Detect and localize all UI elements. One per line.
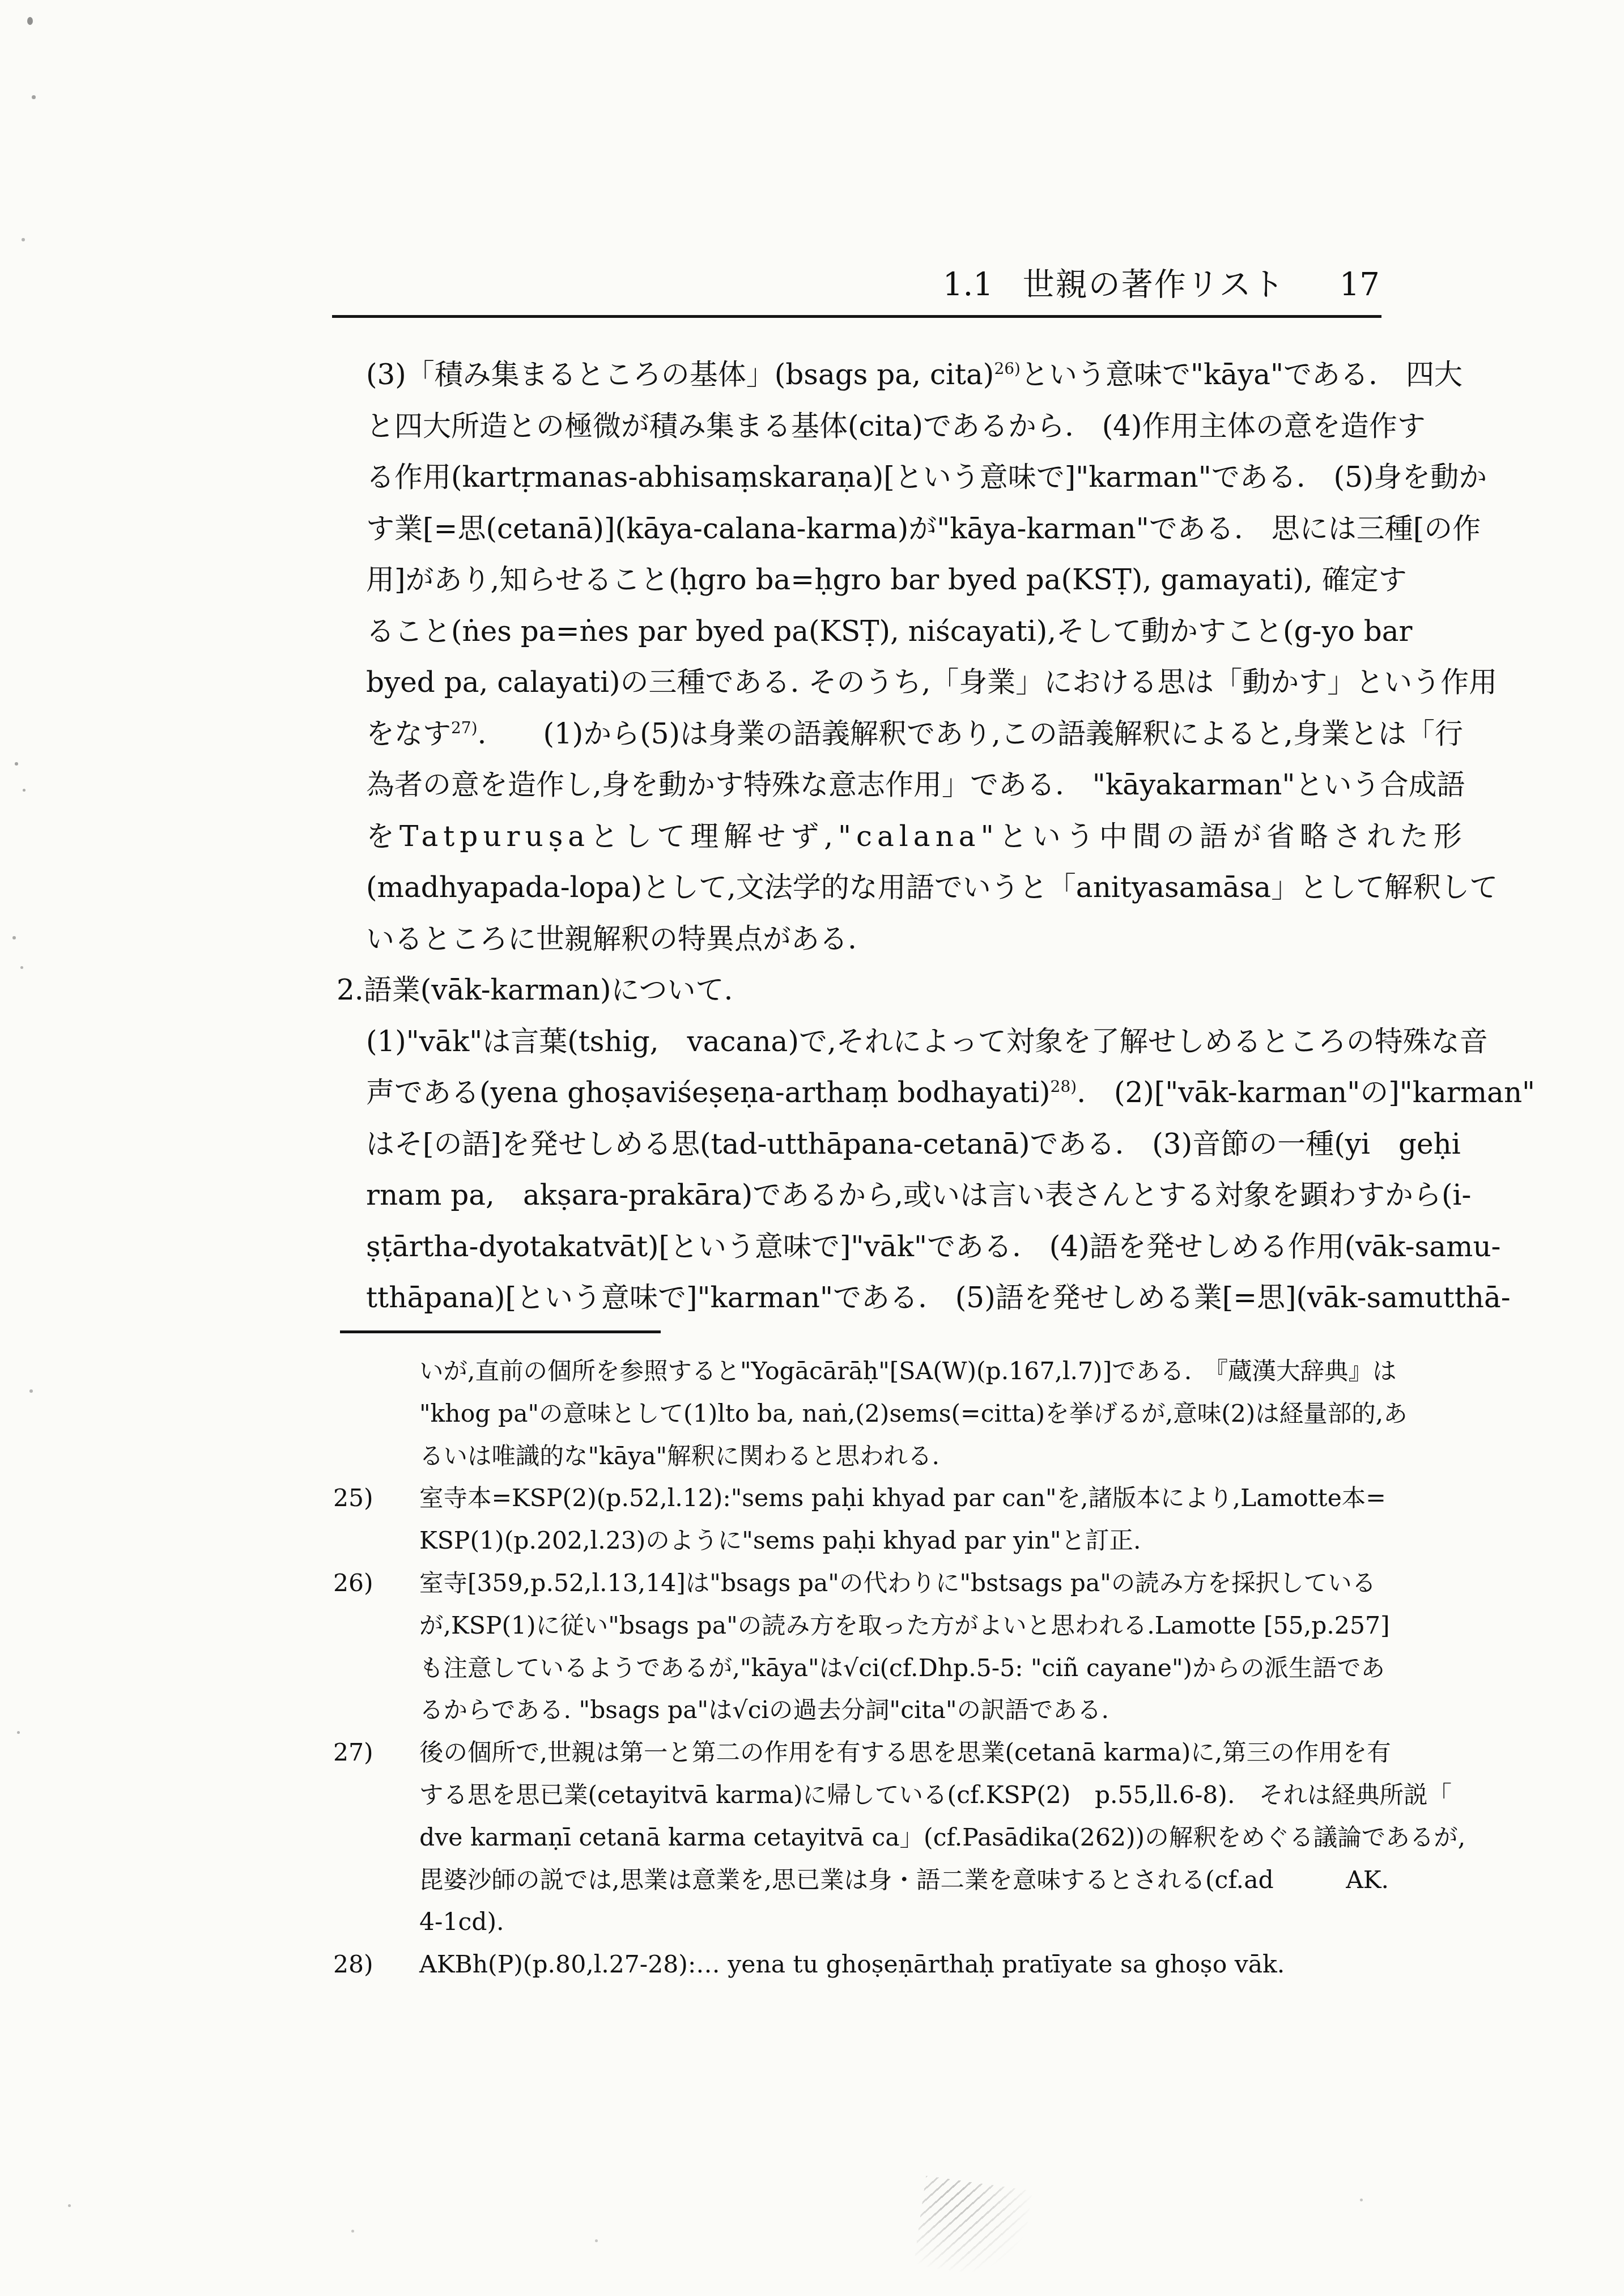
footnote-27-text: 後の個所で,世親は第一と第二の作用を有する思を思業(cetanā karma)に…	[419, 1739, 1391, 1767]
scan-speck	[15, 762, 18, 766]
footnote-line-03: るいは唯識的な"kāya"解釈に関わると思われる.	[333, 1436, 1404, 1478]
body-line-08-rest: . (1)から(5)は身業の語義解釈であり,この語義解釈によると,身業とは「行	[478, 717, 1463, 750]
footnote-line-05: KSP(1)(p.202,l.23)のように"sems paḥi khyad p…	[333, 1520, 1404, 1563]
scan-speck	[32, 95, 36, 99]
body-line-16: はそ[の語]を発せしめる思(tad-utthāpana-cetanā)である. …	[366, 1119, 1397, 1170]
section-title: 世親の著作リスト	[1023, 260, 1285, 305]
footnote-line-14: 4-1cd).	[333, 1902, 1404, 1944]
footnote-28-number: 28)	[333, 1944, 373, 1987]
footnote-28-text: AKBh(P)(p.80,l.27-28):… yena tu ghoṣeṇār…	[419, 1951, 1285, 1979]
body-line-18: ṣṭārtha-dyotakatvāt)[という意味で]"vāk"である. (4…	[366, 1221, 1397, 1273]
footnote-26: 26)室寺[359,p.52,l.13,14]は"bsags pa"の代わりに"…	[333, 1563, 1404, 1605]
body-line-15: 声である(yena ghoṣaviśeṣeṇa-arthaṃ bodhayati…	[366, 1067, 1397, 1119]
scan-speck	[22, 238, 25, 241]
footnote-ref-27: 27)	[451, 718, 478, 737]
footnote-line-09: るからである. "bsags pa"は√ciの過去分詞"cita"の訳語である.	[333, 1690, 1404, 1732]
body-line-19: tthāpana)[という意味で]"karman"である. (5)語を発せしめる…	[366, 1272, 1397, 1324]
body-line-08-text: をなす	[366, 717, 451, 750]
footnote-26-number: 26)	[333, 1563, 373, 1605]
footnote-26-text: 室寺[359,p.52,l.13,14]は"bsags pa"の代わりに"bst…	[419, 1570, 1376, 1597]
footnote-line-02: "khog pa"の意味として(1)lto ba, naṅ,(2)sems(=c…	[333, 1393, 1404, 1436]
footnote-ref-28: 28)	[1051, 1077, 1077, 1096]
footnote-27: 27)後の個所で,世親は第一と第二の作用を有する思を思業(cetanā karm…	[333, 1732, 1404, 1775]
footnote-ref-26: 26)	[994, 359, 1021, 378]
footnote-line-13: 毘婆沙師の説では,思業は意業を,思已業は身・語二業を意味するとされる(cf.ad…	[333, 1860, 1404, 1902]
scan-speck	[23, 789, 25, 792]
body-line-03: る作用(kartṛmanas-abhisaṃskaraṇa)[という意味で]"k…	[366, 452, 1397, 503]
body-line-09: 為者の意を造作し,身を動かす特殊な意志作用」である. "kāyakarman"と…	[366, 759, 1397, 811]
footnote-25-number: 25)	[333, 1478, 373, 1520]
footnote-line-07: が,KSP(1)に従い"bsags pa"の読み方を取った方がよいと思われる.L…	[333, 1605, 1404, 1648]
scan-speck	[29, 1389, 33, 1393]
body-line-08: をなす27). (1)から(5)は身業の語義解釈であり,この語義解釈によると,身…	[366, 708, 1397, 760]
footnote-separator-rule	[340, 1330, 661, 1333]
scan-speck	[351, 2230, 354, 2233]
footnote-line-11: する思を思已業(cetayitvā karma)に帰している(cf.KSP(2)…	[333, 1775, 1404, 1817]
scan-speck	[1360, 2199, 1363, 2201]
body-line-11: (madhyapada-lopa)として,文法学的な用語でいうと「anityas…	[366, 862, 1397, 913]
scan-speck	[595, 2239, 598, 2242]
footnote-line-01: いが,直前の個所を参照すると"Yogācārāḥ"[SA(W)(p.167,l.…	[333, 1351, 1404, 1393]
scan-speck	[12, 936, 16, 939]
body-line-13-section-heading: 2.語業(vāk-karman)について.	[337, 964, 1397, 1016]
footnote-block: いが,直前の個所を参照すると"Yogācārāḥ"[SA(W)(p.167,l.…	[333, 1351, 1404, 1987]
footnote-28: 28)AKBh(P)(p.80,l.27-28):… yena tu ghoṣe…	[333, 1944, 1404, 1987]
scan-speck	[17, 1731, 20, 1734]
body-line-12: いるところに世親解釈の特異点がある.	[366, 913, 1397, 965]
scan-smudge	[913, 2176, 1032, 2281]
body-text-block: (3)「積み集まるところの基体」(bsags pa, cita)26)という意味…	[366, 349, 1397, 1324]
page-number: 17	[1340, 266, 1380, 303]
footnote-line-08: も注意しているようであるが,"kāya"は√ci(cf.Dhp.5-5: "ci…	[333, 1648, 1404, 1690]
body-line-04: す業[=思(cetanā)](kāya-calana-karma)が"kāya-…	[366, 503, 1397, 555]
footnote-27-number: 27)	[333, 1732, 373, 1775]
page-header: 1.1 世親の著作リスト 17	[334, 260, 1380, 305]
body-line-14: (1)"vāk"は言葉(tshig, vacana)で,それによって対象を了解せ…	[366, 1016, 1397, 1068]
body-line-01-text: (3)「積み集まるところの基体」(bsags pa, cita)	[366, 358, 994, 391]
body-line-15-rest: . (2)["vāk-karman"の]"karman"	[1077, 1076, 1535, 1109]
body-line-15-text: 声である(yena ghoṣaviśeṣeṇa-arthaṃ bodhayati…	[366, 1076, 1051, 1109]
body-line-06: ること(ṅes pa=ṅes par byed pa(KSṬ), niścaya…	[366, 606, 1397, 657]
body-line-01-rest: という意味で"kāya"である. 四大	[1021, 358, 1463, 391]
body-line-05: 用]があり,知らせること(ḥgro ba=ḥgro bar byed pa(KS…	[366, 554, 1397, 606]
body-line-17: rnam pa, akṣara-prakāra)であるから,或いは言い表さんとす…	[366, 1170, 1397, 1221]
body-line-07: byed pa, calayati)の三種である. そのうち,「身業」における思…	[366, 657, 1397, 708]
footnote-25: 25)室寺本=KSP(2)(p.52,l.12):"sems paḥi khya…	[333, 1478, 1404, 1520]
body-line-01: (3)「積み集まるところの基体」(bsags pa, cita)26)という意味…	[366, 349, 1397, 401]
body-line-02: と四大所造との極微が積み集まる基体(cita)であるから. (4)作用主体の意を…	[366, 401, 1397, 452]
header-rule	[332, 315, 1381, 318]
scan-speck	[20, 966, 23, 969]
section-number: 1.1	[943, 266, 993, 303]
scan-speck	[68, 2204, 71, 2207]
scan-speck	[27, 17, 33, 25]
footnote-25-text: 室寺本=KSP(2)(p.52,l.12):"sems paḥi khyad p…	[419, 1485, 1386, 1512]
footnote-line-12: dve karmaṇī cetanā karma cetayitvā ca」(c…	[333, 1817, 1404, 1860]
body-line-10: をTatpuruṣaとして理解せず,"calana"という中間の語が省略された形	[366, 811, 1397, 862]
scanned-document-page: 1.1 世親の著作リスト 17 (3)「積み集まるところの基体」(bsags p…	[0, 0, 1624, 2296]
